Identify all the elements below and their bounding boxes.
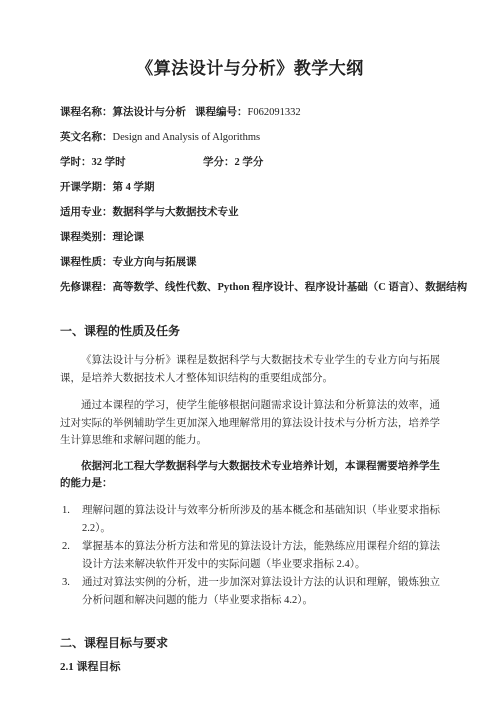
course-code-field: 课程编号：F062091332	[195, 107, 301, 118]
meta-row-semester: 开课学期：第 4 学期	[60, 175, 440, 200]
list-item: 3. 通过对算法实例的分析，进一步加深对算法设计方法的认识和理解，锻炼独立分析问…	[60, 574, 440, 610]
meta-row-category: 课程类别：理论课	[60, 225, 440, 250]
section1-paragraph-3: 依据河北工程大学数据科学与大数据技术专业培养计划，本课程需要培养学生的能力是：	[60, 458, 440, 493]
course-name-field: 课程名称：算法设计与分析	[60, 100, 195, 125]
nature-label: 课程性质：	[60, 257, 113, 268]
list-item: 1. 理解问题的算法设计与效率分析所涉及的基本概念和基础知识（毕业要求指标 2.…	[60, 502, 440, 538]
course-name-value: 算法设计与分析	[113, 107, 187, 118]
major-label: 适用专业：	[60, 207, 113, 218]
semester-label: 开课学期：	[60, 182, 113, 193]
syllabus-document-page: 《算法设计与分析》教学大纲 课程名称：算法设计与分析课程编号：F06209133…	[0, 0, 500, 707]
list-item-text: 掌握基本的算法分析方法和常见的算法设计方法，能熟练应用课程介绍的算法设计方法来解…	[82, 538, 440, 574]
document-content: 《算法设计与分析》教学大纲 课程名称：算法设计与分析课程编号：F06209133…	[0, 0, 500, 707]
list-item-text: 理解问题的算法设计与效率分析所涉及的基本概念和基础知识（毕业要求指标 2.2）。	[82, 502, 440, 538]
section1-heading: 一、课程的性质及任务	[60, 322, 440, 340]
credits-field: 学分：2 学分	[203, 157, 263, 168]
hours-value: 32 学时	[92, 157, 126, 168]
english-name-value: Design and Analysis of Algorithms	[113, 132, 261, 143]
prerequisites-value: 高等数学、线性代数、Python 程序设计、程序设计基础（C 语言）、数据结构	[113, 282, 468, 293]
hours-label: 学时：	[60, 157, 92, 168]
list-item-text: 通过对算法实例的分析，进一步加深对算法设计方法的认识和理解，锻炼独立分析问题和解…	[82, 574, 440, 610]
ability-goal-list: 1. 理解问题的算法设计与效率分析所涉及的基本概念和基础知识（毕业要求指标 2.…	[60, 502, 440, 610]
semester-value: 第 4 学期	[113, 182, 155, 193]
document-title: 《算法设计与分析》教学大纲	[60, 56, 440, 82]
major-value: 数据科学与大数据技术专业	[113, 207, 239, 218]
english-name-label: 英文名称：	[60, 132, 113, 143]
course-name-label: 课程名称：	[60, 107, 113, 118]
category-value: 理论课	[113, 232, 145, 243]
course-code-value: F062091332	[248, 107, 301, 118]
meta-row-prerequisites: 先修课程：高等数学、线性代数、Python 程序设计、程序设计基础（C 语言）、…	[60, 275, 440, 300]
list-item-number: 1.	[60, 502, 82, 538]
section2-subheading: 2.1 课程目标	[60, 659, 440, 675]
credits-label: 学分：	[203, 157, 235, 168]
list-item-number: 3.	[60, 574, 82, 610]
list-item-number: 2.	[60, 538, 82, 574]
section1-paragraph-2: 通过本课程的学习，使学生能够根据问题需求设计算法和分析算法的效率，通过对实际的举…	[60, 397, 440, 450]
section2-heading: 二、课程目标与要求	[60, 634, 440, 652]
category-label: 课程类别：	[60, 232, 113, 243]
list-item: 2. 掌握基本的算法分析方法和常见的算法设计方法，能熟练应用课程介绍的算法设计方…	[60, 538, 440, 574]
nature-value: 专业方向与拓展课	[113, 257, 197, 268]
credits-value: 2 学分	[235, 157, 264, 168]
meta-row-english-name: 英文名称：Design and Analysis of Algorithms	[60, 125, 440, 150]
meta-row-course-name: 课程名称：算法设计与分析课程编号：F062091332	[60, 100, 440, 125]
course-meta-block: 课程名称：算法设计与分析课程编号：F062091332 英文名称：Design …	[60, 100, 440, 300]
prerequisites-label: 先修课程：	[60, 282, 113, 293]
meta-row-nature: 课程性质：专业方向与拓展课	[60, 250, 440, 275]
hours-field: 学时：32 学时	[60, 150, 203, 175]
meta-row-hours-credits: 学时：32 学时学分：2 学分	[60, 150, 440, 175]
course-code-label: 课程编号：	[195, 107, 248, 118]
section1-paragraph-1: 《算法设计与分析》课程是数据科学与大数据技术专业学生的专业方向与拓展课，是培养大…	[60, 352, 440, 387]
meta-row-major: 适用专业：数据科学与大数据技术专业	[60, 200, 440, 225]
